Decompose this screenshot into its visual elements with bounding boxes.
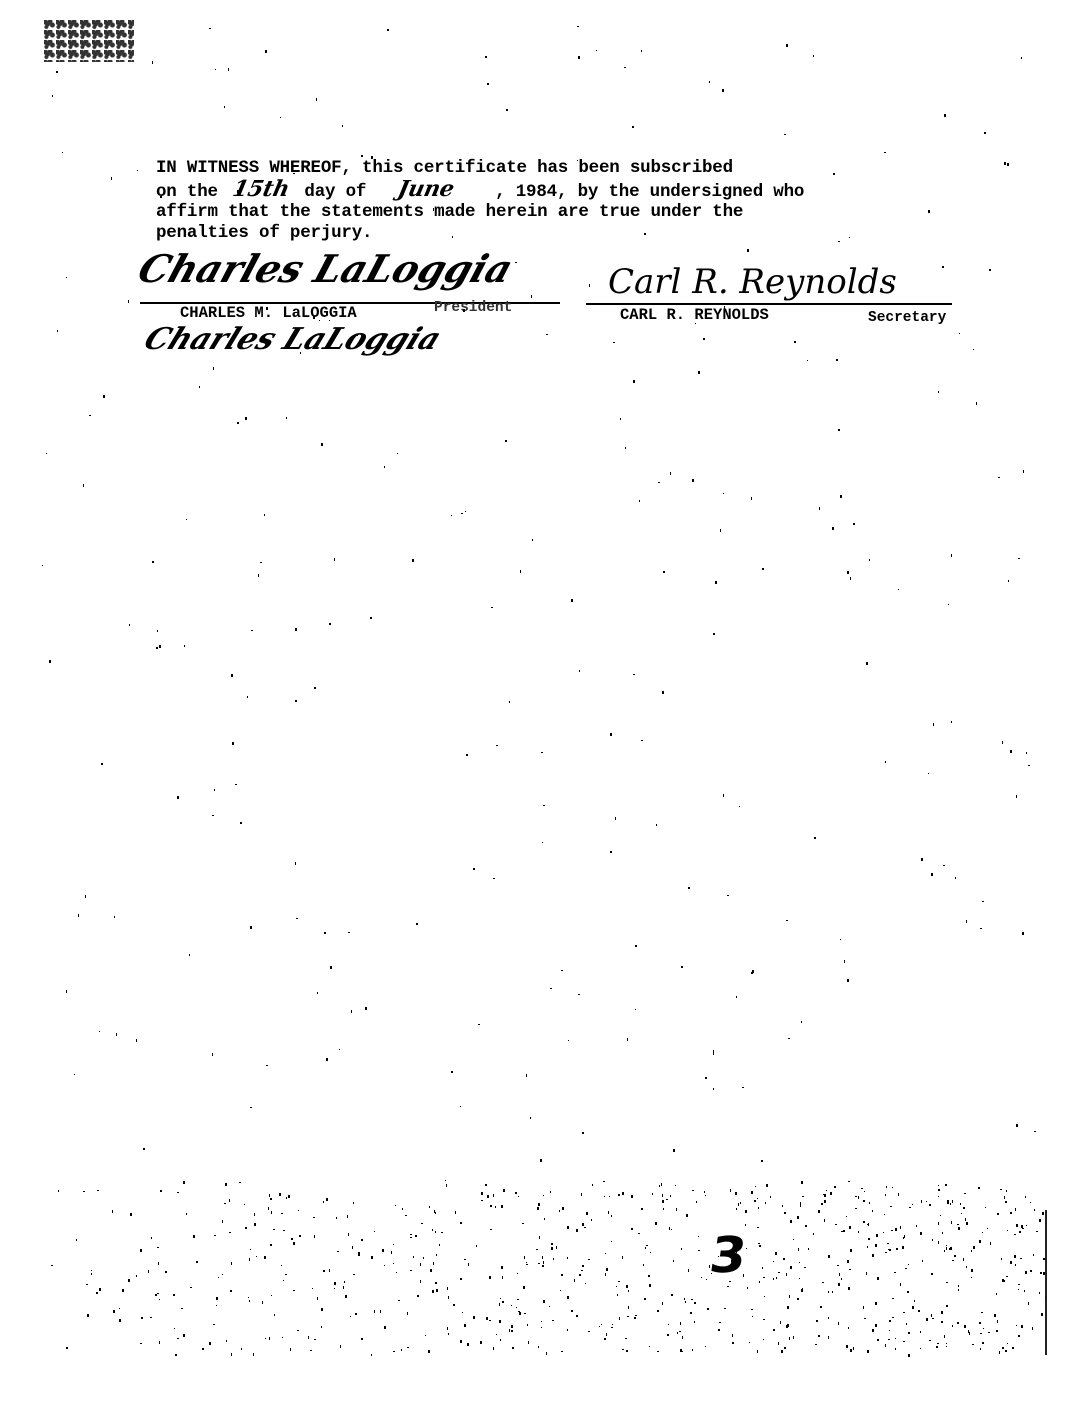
scan-speck (945, 1184, 947, 1186)
scan-speck (410, 1234, 412, 1235)
scan-speck (755, 1186, 756, 1187)
scan-speck (543, 1195, 544, 1196)
scan-speck (326, 1198, 328, 1201)
scan-speck (658, 482, 660, 483)
scan-speck (670, 1195, 671, 1197)
scan-speck (212, 815, 214, 816)
scan-speck (1025, 1196, 1026, 1198)
scan-speck (285, 1274, 287, 1275)
scan-speck (778, 1272, 780, 1273)
scan-speck (688, 1269, 689, 1272)
scan-speck (350, 1316, 351, 1317)
scan-speck (193, 1235, 195, 1238)
scan-speck (784, 1347, 786, 1349)
scan-speck (1018, 1284, 1020, 1285)
scan-speck (391, 1251, 392, 1254)
scan-speck (686, 1214, 688, 1217)
scan-speck (339, 1049, 340, 1050)
scan-speck (989, 269, 991, 271)
scan-speck (866, 662, 868, 665)
scan-speck (849, 1269, 851, 1270)
scan-speck (912, 1306, 914, 1309)
scan-speck (891, 1230, 893, 1231)
scan-speck (681, 966, 683, 968)
scan-speck (903, 1312, 905, 1313)
scan-speck (271, 1295, 272, 1296)
scan-speck (711, 1273, 712, 1274)
scan-speck (1018, 1289, 1019, 1290)
scan-speck (826, 1190, 827, 1191)
scan-speck (250, 926, 252, 929)
scan-speck (793, 1239, 794, 1240)
scan-speck (128, 300, 129, 303)
scan-speck (952, 1260, 954, 1261)
scan-speck (965, 1218, 966, 1221)
scan-speck (946, 1247, 947, 1250)
scan-speck (380, 1310, 381, 1313)
scan-speck (938, 1222, 939, 1225)
scan-speck (329, 320, 330, 321)
scan-speck (530, 1117, 531, 1119)
scan-speck (396, 1272, 397, 1273)
scan-speck (902, 1246, 904, 1249)
scan-speck (56, 71, 58, 73)
scan-speck (452, 236, 453, 238)
scan-speck (410, 1237, 412, 1238)
scan-speck (74, 1074, 75, 1075)
scan-speck (270, 1244, 272, 1246)
scan-speck (584, 1227, 586, 1228)
scan-speck (416, 923, 418, 925)
scan-speck (286, 1197, 287, 1199)
scan-speck (1034, 1131, 1036, 1132)
scan-speck (1019, 1231, 1021, 1233)
scan-speck (66, 277, 67, 278)
scan-speck (876, 1234, 878, 1237)
scan-speck (254, 1213, 255, 1216)
scan-speck (696, 1201, 697, 1203)
scan-speck (370, 617, 372, 619)
scan-speck (608, 1211, 609, 1214)
scan-speck (1010, 750, 1012, 753)
scan-speck (1041, 1313, 1043, 1316)
scan-speck (209, 28, 211, 29)
scan-speck (334, 1288, 335, 1289)
scan-speck (786, 44, 788, 47)
scan-speck (739, 806, 740, 807)
scan-speck (662, 1200, 664, 1203)
scan-speck (66, 990, 67, 993)
scan-speck (957, 1322, 959, 1324)
scan-speck (932, 1318, 934, 1319)
scan-speck (567, 1329, 568, 1331)
scan-speck (898, 589, 899, 590)
scan-speck (951, 554, 952, 557)
secretary-signature-line (586, 303, 952, 305)
scan-speck (821, 1203, 823, 1205)
scan-speck (604, 1196, 605, 1197)
scan-speck (736, 1250, 737, 1253)
scan-speck (884, 152, 886, 153)
scan-speck (546, 334, 548, 335)
scan-speck (113, 1310, 115, 1313)
scan-speck (724, 1308, 726, 1309)
scan-speck (299, 1235, 301, 1237)
scan-speck (662, 1194, 663, 1197)
scan-speck (611, 1215, 612, 1217)
scan-speck (659, 1185, 660, 1187)
scan-speck (790, 1220, 792, 1223)
scan-speck (402, 1208, 403, 1210)
scan-speck (887, 1243, 889, 1244)
scan-speck (863, 1306, 864, 1309)
scan-speck (759, 1245, 761, 1247)
scan-speck (435, 1282, 437, 1284)
scan-speck (546, 1352, 547, 1355)
scan-speck (577, 160, 578, 161)
scan-speck (542, 842, 543, 843)
scan-speck (613, 342, 615, 343)
scan-speck (822, 1282, 824, 1283)
scan-speck (706, 1279, 707, 1280)
scan-speck (644, 233, 646, 235)
scan-speck (928, 773, 929, 774)
scan-speck (813, 55, 814, 57)
scan-speck (250, 1107, 252, 1108)
scan-speck (509, 1329, 510, 1332)
scan-speck (787, 1306, 789, 1309)
scan-speck (966, 1222, 968, 1225)
paragraph-line-2: on the 15th day of June , 1984, by the u… (156, 182, 804, 202)
scan-speck (645, 1247, 646, 1249)
scan-speck (840, 495, 842, 498)
scan-speck (250, 1249, 251, 1250)
scan-speck (186, 1213, 187, 1215)
scan-speck (895, 1348, 896, 1350)
scan-speck (763, 1339, 764, 1340)
scan-speck (638, 1233, 640, 1234)
scan-speck (361, 155, 363, 157)
scan-speck (506, 109, 508, 111)
scan-speck (1014, 1234, 1016, 1235)
scan-speck (963, 1258, 964, 1261)
scan-speck (731, 1260, 732, 1262)
scan-speck (828, 1291, 829, 1293)
scan-speck (833, 173, 835, 175)
scan-speck (698, 1250, 700, 1251)
scan-speck (786, 1325, 788, 1328)
scan-speck (798, 1248, 799, 1251)
scan-speck (405, 1215, 407, 1216)
scan-speck (247, 696, 248, 698)
scan-speck (997, 1213, 999, 1215)
scan-speck (542, 1256, 543, 1259)
scan-speck (972, 1344, 974, 1345)
scan-speck (611, 1241, 612, 1242)
scan-speck (308, 1336, 309, 1339)
scan-speck (549, 1306, 550, 1307)
scan-speck (724, 306, 725, 309)
scan-speck (420, 1263, 421, 1266)
scan-speck (705, 1077, 707, 1079)
scan-speck (528, 1341, 529, 1344)
scan-speck (140, 1249, 142, 1252)
scan-speck (904, 1235, 905, 1238)
scan-speck (837, 1265, 839, 1266)
scan-speck (254, 1223, 256, 1226)
scan-speck (214, 789, 215, 791)
scan-speck (224, 106, 225, 108)
scan-speck (877, 1339, 879, 1341)
scan-speck (215, 69, 216, 70)
scan-speck (801, 1021, 802, 1023)
scan-speck (501, 1266, 503, 1269)
scan-speck (799, 1262, 800, 1263)
scan-speck (921, 1200, 922, 1203)
scan-speck (86, 1284, 88, 1285)
scan-speck (933, 723, 934, 726)
scan-speck (622, 1192, 624, 1195)
scan-speck (235, 784, 237, 785)
scan-speck (266, 1065, 268, 1066)
scan-speck (971, 1277, 972, 1278)
scan-speck (143, 1148, 145, 1150)
scan-speck (727, 895, 729, 896)
scan-speck (1023, 470, 1024, 473)
scan-speck (903, 1341, 905, 1342)
scan-speck (963, 1207, 965, 1209)
scan-speck (91, 1273, 92, 1275)
scan-speck (692, 479, 694, 482)
scan-speck (1043, 1258, 1045, 1260)
scan-speck (265, 50, 267, 53)
scan-speck (119, 1308, 120, 1309)
scan-speck (485, 56, 487, 58)
scan-speck (229, 1232, 231, 1233)
scan-speck (502, 1301, 504, 1303)
scan-speck (981, 1312, 983, 1313)
scan-speck (524, 1313, 526, 1314)
scan-speck (480, 1341, 482, 1344)
scan-speck (183, 1181, 185, 1184)
secretary-typed-name: CARL R. REYNOLDS (620, 306, 769, 324)
scan-speck (938, 1196, 939, 1197)
scan-speck (908, 1354, 910, 1357)
scan-speck (950, 1247, 952, 1250)
president-countersignature: Charles LaLoggia (139, 322, 446, 357)
scan-speck (319, 320, 320, 321)
scan-speck (850, 1249, 852, 1252)
scan-speck (536, 1249, 538, 1250)
scan-speck (979, 1240, 981, 1243)
scan-speck (885, 1194, 886, 1196)
paragraph-line-3: affirm that the statements made herein a… (156, 202, 743, 222)
scan-speck (828, 1336, 829, 1339)
scan-speck (633, 380, 635, 383)
scan-speck (228, 68, 229, 71)
scan-speck (159, 645, 161, 648)
scan-speck (938, 1189, 940, 1191)
scan-speck (848, 1327, 849, 1329)
scan-speck (433, 1262, 434, 1265)
scan-speck (532, 539, 533, 541)
scan-speck (1045, 1297, 1046, 1298)
scan-speck (892, 1187, 893, 1188)
scan-speck (752, 1316, 753, 1317)
scan-speck (709, 1265, 710, 1268)
scan-speck (152, 61, 153, 64)
scan-speck (216, 1297, 218, 1300)
scan-speck (838, 1283, 840, 1286)
scan-speck (1021, 57, 1022, 59)
scan-speck (516, 1307, 517, 1308)
scan-speck (588, 1259, 590, 1260)
scan-speck (371, 1256, 373, 1259)
scan-speck (249, 1300, 250, 1302)
scan-speck (473, 1316, 475, 1319)
scan-speck (921, 858, 923, 861)
scan-speck (626, 1350, 628, 1352)
scan-speck (398, 1300, 400, 1301)
scan-speck (1005, 1201, 1007, 1203)
scan-speck (971, 1250, 972, 1252)
scan-speck (982, 1342, 984, 1344)
scan-speck (283, 1280, 284, 1281)
scan-speck (1005, 1350, 1007, 1352)
scan-speck (627, 1038, 628, 1041)
scan-speck (1001, 1258, 1002, 1260)
scan-speck (1036, 1231, 1038, 1232)
scan-speck (435, 1231, 436, 1233)
scan-speck (612, 1324, 613, 1325)
scan-speck (99, 1031, 100, 1032)
scan-speck (952, 1325, 953, 1327)
scan-speck (920, 1331, 921, 1333)
scan-speck (283, 1230, 285, 1231)
scan-speck (490, 1229, 492, 1230)
president-signature: Charles LaLoggia (133, 246, 519, 291)
scan-speck (906, 1323, 907, 1325)
scan-speck (329, 623, 331, 625)
scan-speck (985, 1207, 986, 1208)
scan-speck (324, 932, 326, 934)
scan-speck (616, 1286, 617, 1287)
scan-speck (317, 992, 318, 994)
scan-speck (980, 1348, 981, 1350)
scan-speck (314, 1339, 316, 1340)
scan-speck (89, 415, 91, 416)
scan-speck (382, 1249, 384, 1252)
scan-speck (890, 1206, 892, 1207)
scan-speck (281, 1265, 282, 1266)
scan-speck (91, 1270, 92, 1271)
scan-speck (618, 1194, 620, 1196)
scan-speck (1007, 1343, 1008, 1344)
scan-speck (620, 418, 621, 420)
scan-speck (635, 945, 637, 947)
scan-speck (493, 1347, 494, 1350)
scan-speck (639, 500, 640, 502)
scan-speck (460, 1222, 462, 1224)
scan-speck (692, 1190, 694, 1191)
scan-speck (159, 1341, 160, 1344)
scan-speck (847, 571, 849, 574)
scan-speck (1018, 558, 1020, 559)
scan-speck (434, 1210, 435, 1213)
scan-speck (218, 1277, 219, 1278)
scan-speck (423, 1257, 424, 1259)
scan-speck (137, 170, 138, 171)
scan-speck (736, 996, 737, 998)
scan-speck (351, 1010, 352, 1013)
scan-speck (496, 1334, 497, 1335)
scan-speck (942, 266, 944, 268)
scan-speck (941, 1311, 943, 1314)
scan-speck (982, 1232, 983, 1233)
scan-speck (282, 1337, 283, 1338)
scan-speck (752, 970, 754, 973)
scan-speck (667, 1334, 669, 1336)
scan-speck (1007, 163, 1009, 166)
scan-speck (726, 170, 728, 171)
scan-speck (486, 1317, 488, 1320)
scan-speck (293, 1242, 295, 1245)
scan-speck (562, 1207, 564, 1210)
scan-speck (499, 1303, 500, 1304)
scan-speck (1018, 1335, 1020, 1337)
scan-speck (1004, 162, 1006, 165)
scan-speck (641, 1208, 643, 1210)
scan-speck (273, 1229, 275, 1230)
scan-speck (775, 1252, 777, 1255)
scan-speck (855, 1196, 857, 1197)
scan-speck (464, 1259, 466, 1260)
scan-speck (314, 687, 316, 689)
scan-speck (561, 1274, 563, 1276)
scan-speck (895, 1338, 896, 1339)
scan-speck (1016, 1325, 1017, 1326)
scan-speck (996, 1330, 998, 1332)
scan-speck (99, 1288, 101, 1291)
scan-speck (453, 1304, 455, 1306)
scan-speck (122, 1289, 124, 1292)
scan-speck (773, 1329, 775, 1331)
scan-speck (249, 1258, 250, 1261)
scan-speck (436, 1254, 437, 1256)
scan-speck (87, 1314, 89, 1317)
scan-speck (232, 742, 234, 745)
scan-speck (511, 1305, 512, 1306)
scan-speck (1030, 1270, 1032, 1272)
scan-speck (1028, 1302, 1029, 1305)
scan-speck (761, 1160, 763, 1162)
scan-speck (1012, 1347, 1014, 1349)
scan-speck (543, 1300, 545, 1303)
scan-speck (441, 1232, 443, 1233)
scan-speck (903, 1237, 904, 1239)
scan-speck (627, 1316, 629, 1317)
scan-speck (892, 1317, 894, 1318)
scan-speck (410, 1270, 412, 1271)
scan-speck (365, 1007, 367, 1010)
scan-speck (51, 1265, 53, 1266)
scan-speck (413, 1256, 414, 1258)
scan-speck (781, 1350, 783, 1353)
scan-speck (177, 1192, 179, 1193)
scan-speck (858, 1231, 859, 1233)
scan-speck (601, 1324, 602, 1325)
scan-speck (729, 1281, 731, 1282)
